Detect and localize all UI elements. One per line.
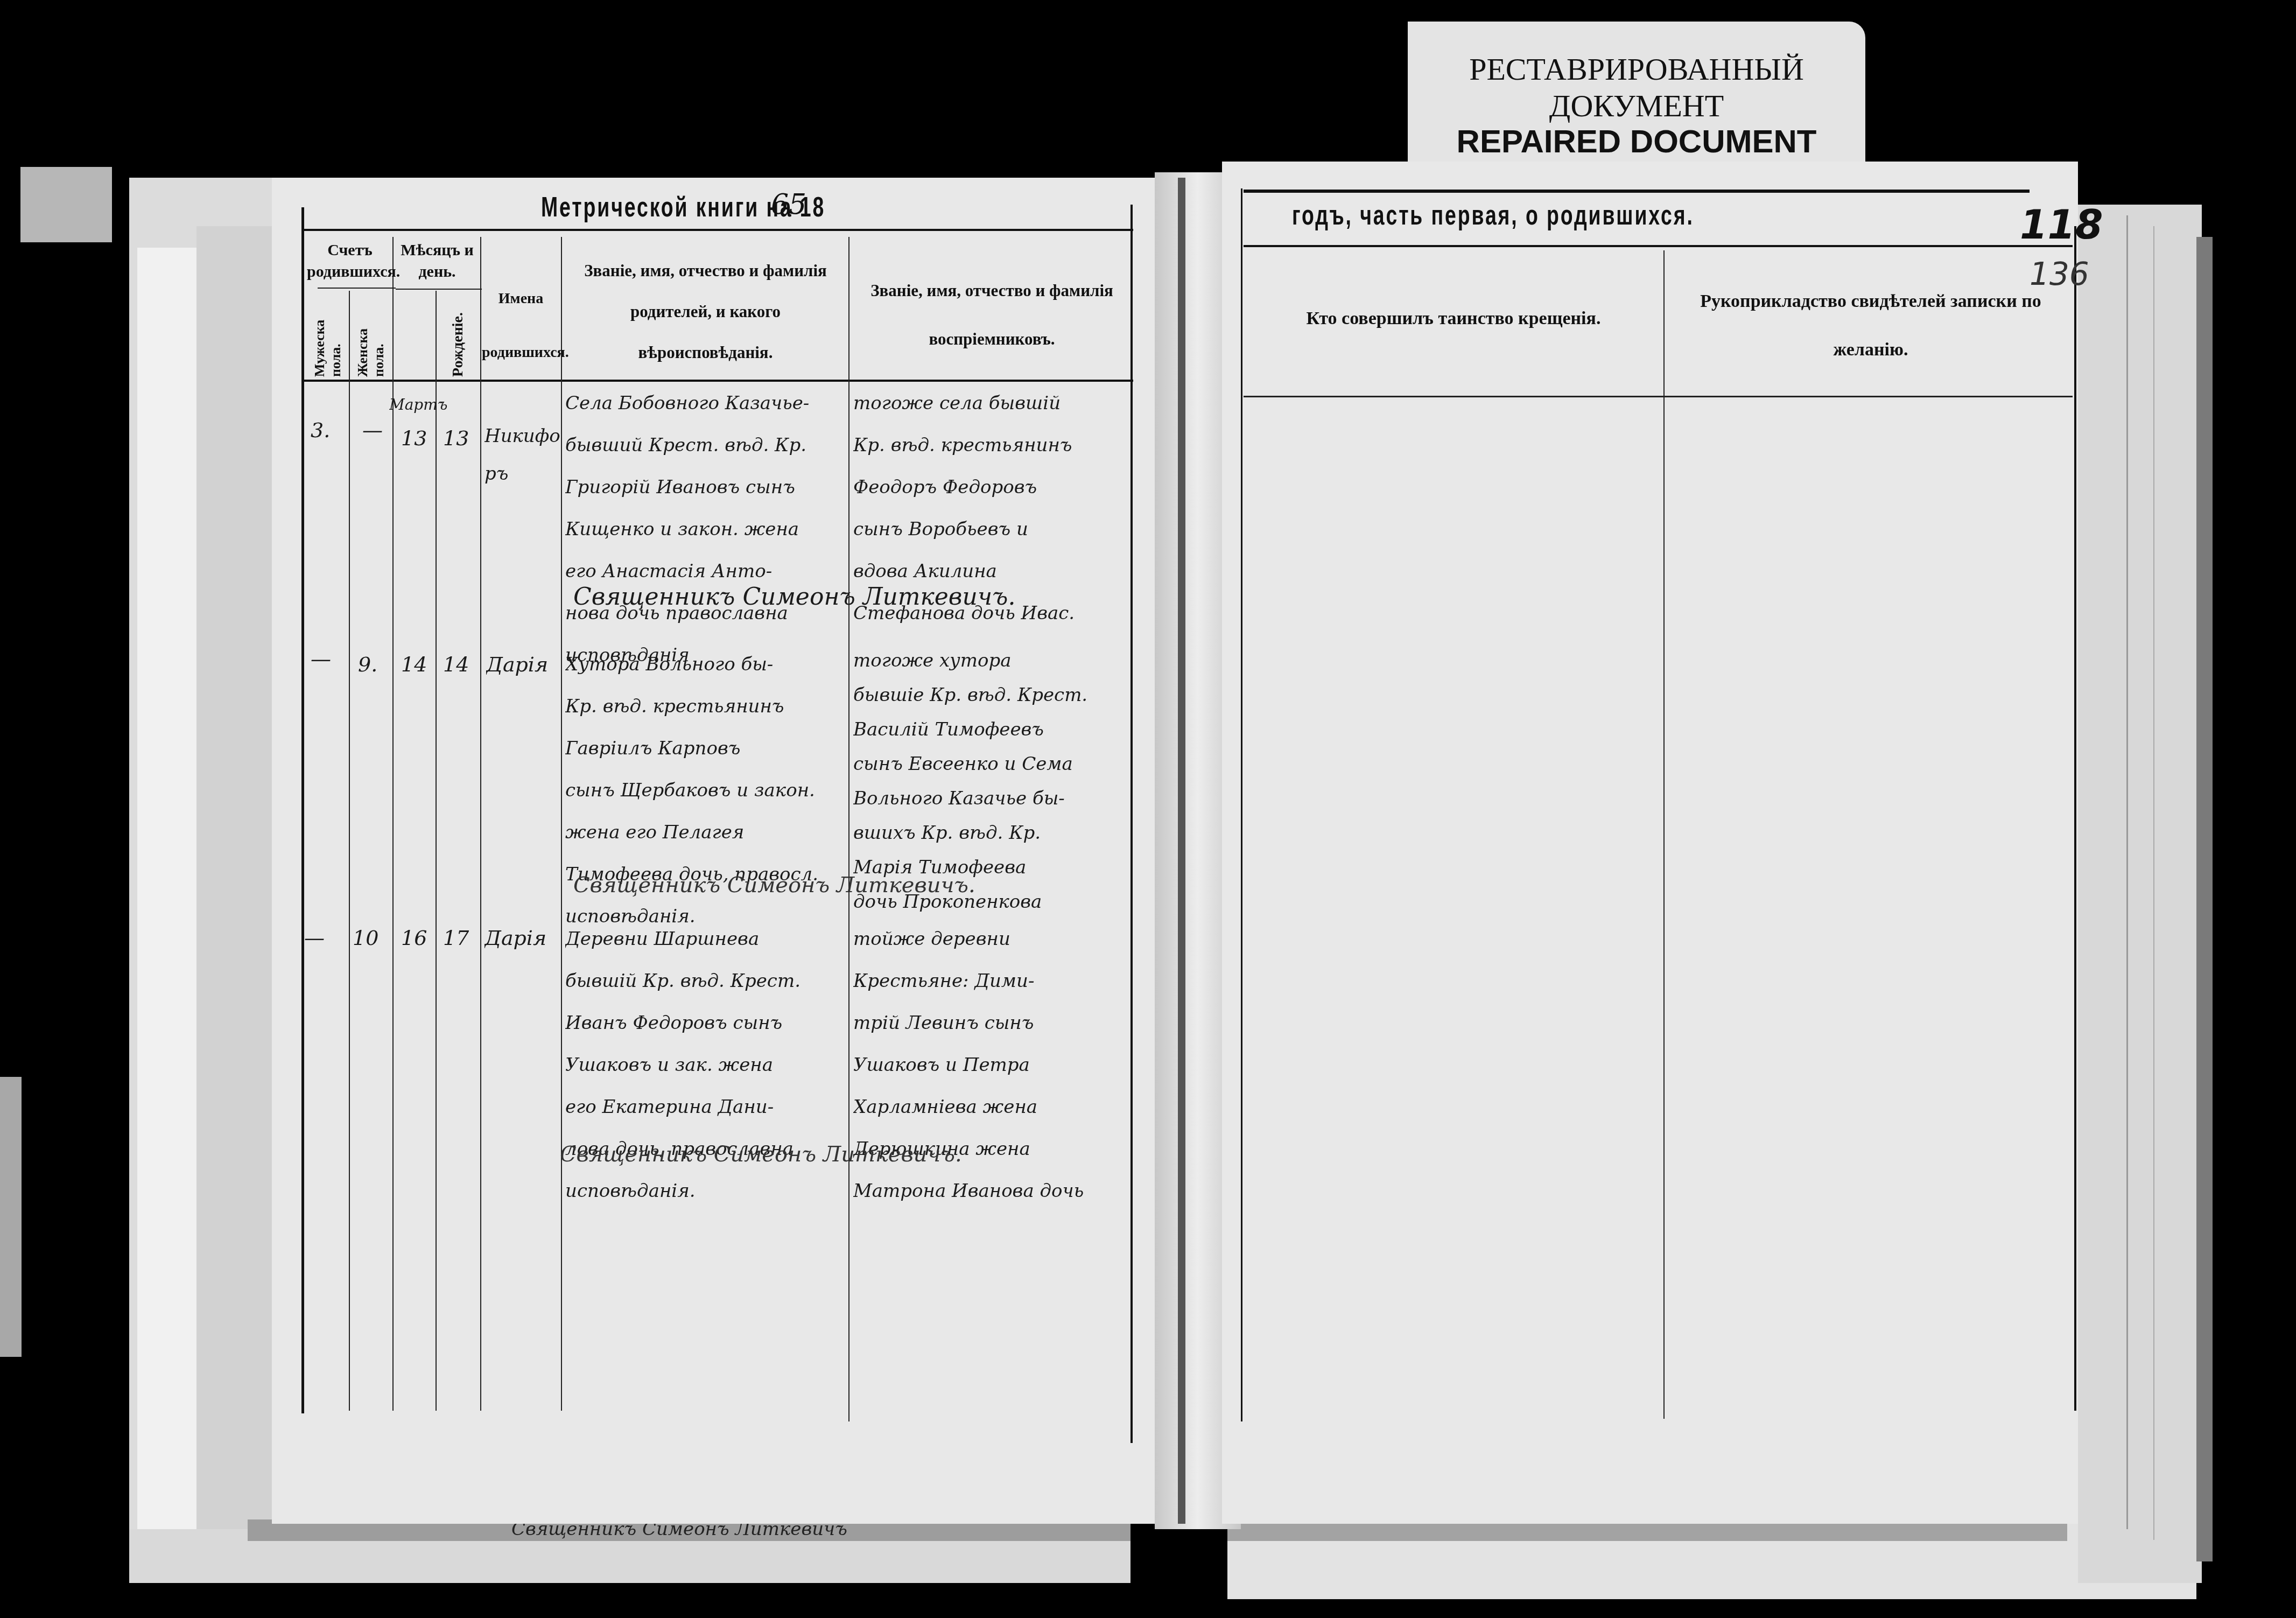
entry-3-godparents-line: трій Левинъ сынъ [853,1002,1128,1044]
label-line-en: REPAIRED DOCUMENT [1408,123,1865,160]
entry-1-parents-line: бывший Крест. вѣд. Кр. [565,424,845,466]
entry-3-godparents-line: Ушаковъ и Петра [853,1044,1128,1086]
repaired-document-label: РЕСТАВРИРОВАННЫЙ ДОКУМЕНТ REPAIRED DOCUM… [1408,22,1865,162]
header-godparents: Званіе, имя, отчество и фамилія воспріем… [859,267,1125,363]
entry-2-godparents-line: Василій Тимофеевъ [853,712,1128,747]
entry-3-godparents-line: Харламніева жена [853,1086,1128,1128]
entry-1-godparents-line: сынъ Воробьевъ и [853,508,1128,550]
header-names-text: Имена родившихся. [482,290,569,361]
header-officiant: Кто совершилъ таинство крещенія. [1249,302,1658,337]
entry-1-parents-line: Григорій Ивановъ сынъ [565,466,845,508]
entry-2-parents-line: жена его Пелагея [565,811,845,853]
left-title-year: 65 [771,188,806,221]
header-parents: Званіе, имя, отчество и фамилія родителе… [570,250,841,373]
entry-2: — 9. 14 14 Дарія Хутора Вольного бы- Кр.… [304,627,1131,896]
entry-1-godparents-line: Феодоръ Федоровъ [853,466,1128,508]
entry-3-godparents-line: Матрона Иванова дочь [853,1170,1128,1212]
entry-1-male-no: 3. [311,409,330,451]
right-table-top-rule [1244,190,2030,193]
right-title-text: годъ, часть первая, о родившихся. [1292,199,1694,232]
entry-2-parents-line: сынъ Щербаковъ и закон. [565,769,845,811]
entry-3-parents-line: бывшій Кр. вѣд. Крест. [565,960,845,1002]
right-header-bottom-rule [1244,396,2073,397]
entry-3: — 10 16 17 Дарія Деревни Шаршнева бывшій… [304,896,1131,1176]
header-officiant-text: Кто совершилъ таинство крещенія. [1307,309,1601,328]
entry-2-parents-line: Хутора Вольного бы- [565,643,845,685]
left-table-top-rule [304,229,1133,231]
header-date-birth: Рожденіе. [437,302,479,377]
entry-3-name: Дарія [485,917,546,959]
header-count-female: Женска пола. [351,302,391,377]
right-col-line [1663,250,1665,1419]
right-edge-line1 [2126,215,2128,1529]
header-date-birth-text: Рожденіе. [450,312,467,377]
left-page-fold [196,226,272,1561]
entry-1: 3. — Мартъ 13 13 Никифоръ Села Бобовного… [304,380,1131,627]
entry-2-godparents-line: тогоже хутора [853,643,1128,678]
entry-3-godparents-line: тойже деревни [853,918,1128,960]
entry-3-parents-line: его Екатерина Дани- [565,1086,845,1128]
right-edge-line2 [2153,226,2154,1540]
entry-3-parents-line: Иванъ Федоровъ сынъ [565,1002,845,1044]
header-count-male-text: Мужеска пола. [312,302,344,377]
entry-3-parents-line: Деревни Шаршнева [565,918,845,960]
right-page-title: годъ, часть первая, о родившихся. [1292,199,1850,237]
entry-1-birth-day: 13 [401,417,427,459]
header-witnesses: Рукоприкладство свидѣтелей записки по же… [1669,277,2073,374]
entry-2-godparents-line: вшихъ Кр. вѣд. Кр. [853,816,1128,850]
entry-1-baptism-day: 13 [443,417,469,459]
entry-3-parents-line: Ушаковъ и зак. жена [565,1044,845,1086]
entry-3-priest-signature: Священникъ Симеонъ Литкевичъ. [560,1133,962,1175]
top-left-scrap [20,167,112,242]
entry-1-priest-signature: Священникъ Симеонъ Литкевичъ. [573,576,1015,618]
header-godparents-text: Званіе, имя, отчество и фамилія воспріем… [870,281,1113,348]
entry-3-male-no: — [304,917,325,959]
entry-2-godparents-line: бывшіе Кр. вѣд. Крест. [853,678,1128,712]
left-table-border-right [1131,205,1133,1443]
entry-2-male-no: — [311,638,331,680]
page-number-old: 136 [2030,256,2089,292]
right-header-top-rule [1244,245,2073,247]
count-group-rule [318,288,396,289]
header-parents-text: Званіе, имя, отчество и фамилія родителе… [584,261,827,362]
entry-3-godparents-line: Крестьяне: Дими- [853,960,1128,1002]
entry-2-female-no: 9. [358,643,377,685]
gutter-crease [1178,178,1185,1524]
entry-1-name: Никифоръ [485,417,563,493]
header-date-group-text: Мѣсяцъ и день. [401,241,473,281]
entry-1-godparents-line: Кр. вѣд. крестьянинъ [853,424,1128,466]
entry-1-female-no: — [362,409,383,451]
header-count-male: Мужеска пола. [308,302,348,377]
entry-2-godparents-line: сынъ Евсеенко и Сема [853,747,1128,781]
entry-2-parents-line: Гавріилъ Карповъ [565,727,845,769]
entry-3-baptism-day: 17 [443,917,469,959]
entry-3-female-no: 10 [353,917,378,959]
entry-2-birth-day: 14 [401,643,427,685]
header-count-group: Счетъ родившихся. [307,240,393,283]
left-scrap-strip [0,1077,22,1357]
entry-2-baptism-day: 14 [443,643,469,685]
right-edge-shadow [2196,237,2213,1561]
entry-1-godparents-line: тогоже села бывшій [853,382,1128,424]
right-stacked-pages [2078,205,2202,1583]
label-line-ru-1: РЕСТАВРИРОВАННЫЙ [1408,51,1865,87]
left-page-edge [137,248,196,1561]
right-table-border-left [1241,188,1242,1421]
header-date-group: Мѣсяцъ и день. [394,240,480,283]
right-table-border-right [2074,226,2076,1411]
date-group-rule [396,289,482,290]
header-count-group-text: Счетъ родившихся. [307,241,400,281]
header-witnesses-text: Рукоприкладство свидѣтелей записки по же… [1700,291,2041,360]
entry-1-parents-line: Села Бобовного Казачье- [565,382,845,424]
entry-1-parents-line: Кищенко и закон. жена [565,508,845,550]
header-count-female-text: Женска пола. [355,302,387,377]
entry-3-parents-line: исповѣданія. [565,1170,845,1212]
left-page-title: Метрической книги на 18 [541,191,936,223]
entry-2-name: Дарія [486,643,548,685]
entry-2-godparents-line: Вольного Казачье бы- [853,781,1128,816]
entry-3-birth-day: 16 [401,917,427,959]
header-names: Имена родившихся. [482,272,560,380]
entry-2-parents-line: Кр. вѣд. крестьянинъ [565,685,845,727]
label-line-ru-2: ДОКУМЕНТ [1408,88,1865,124]
page-number: 118 [2020,202,2103,248]
